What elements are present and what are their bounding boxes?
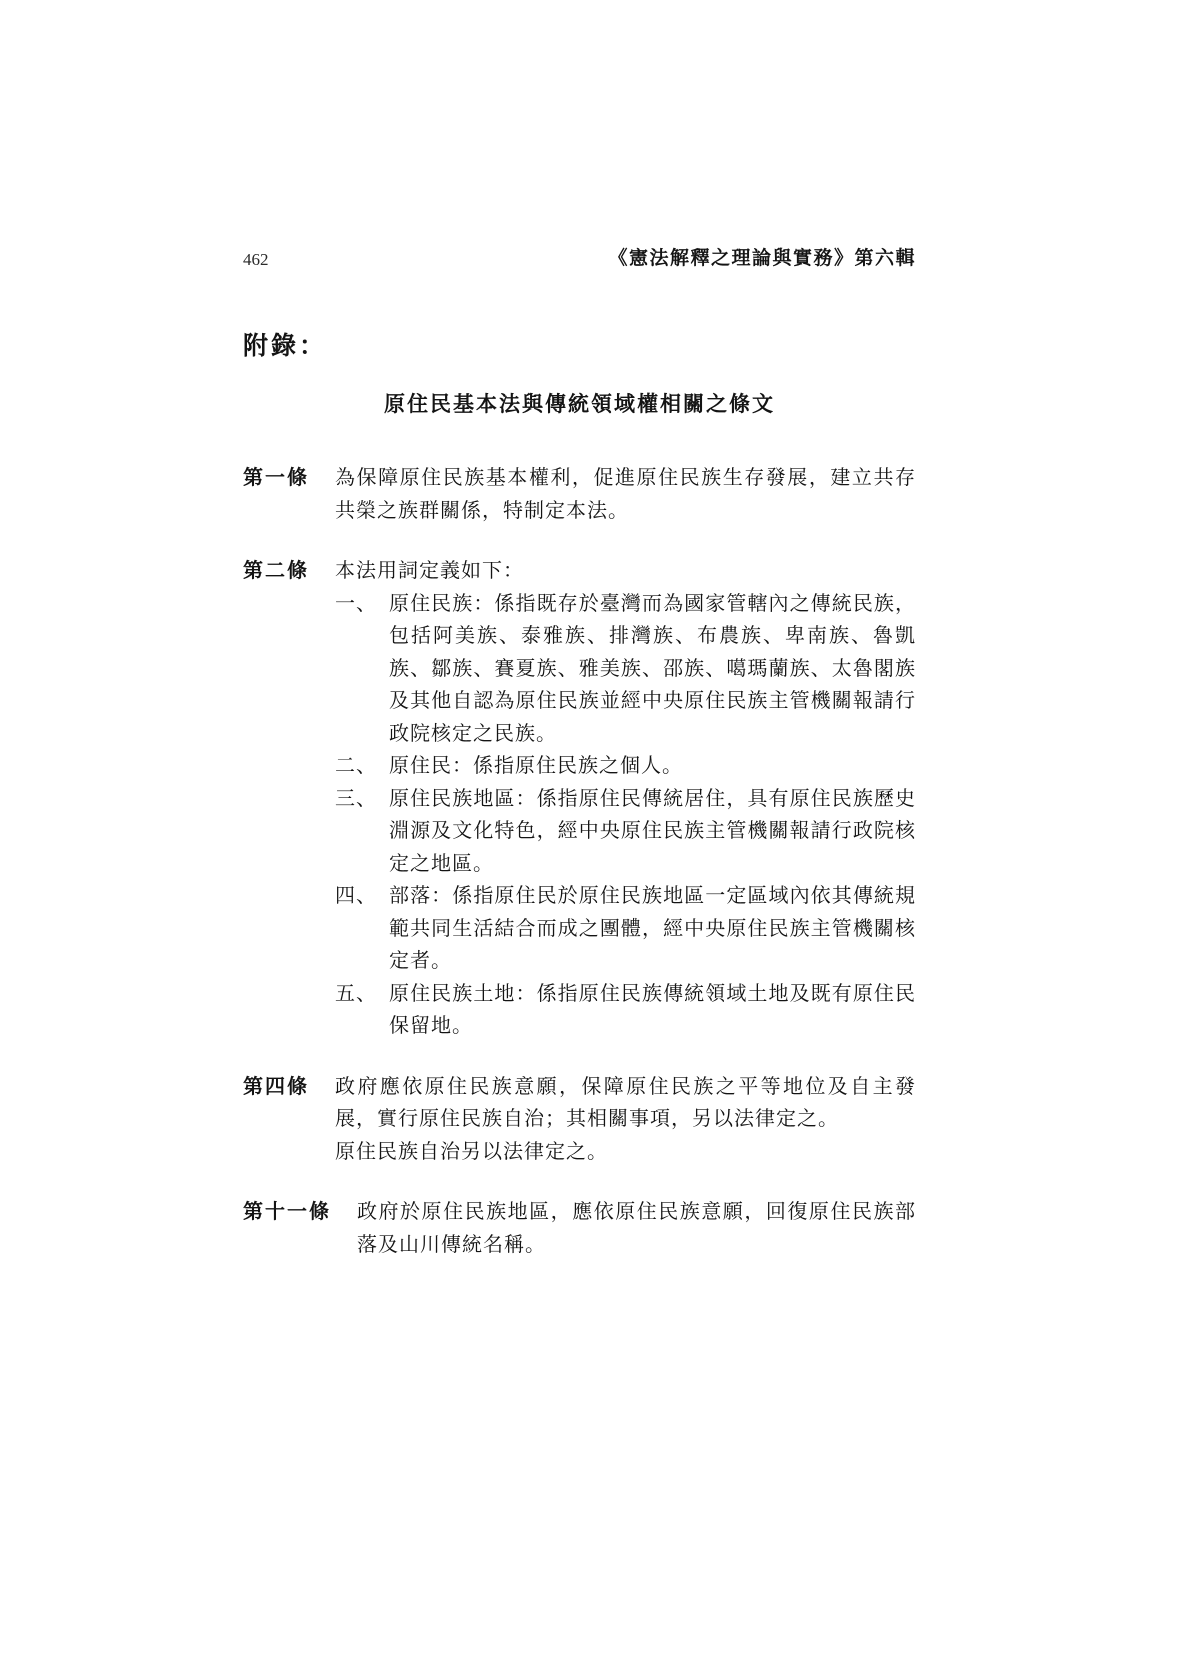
definition-item-4: 四、 部落：係指原住民於原住民族地區一定區域內依其傳統規範共同生活結合而成之團體… [335,880,916,978]
definition-item-3-text: 原住民族地區：係指原住民傳統居住，具有原住民族歷史淵源及文化特色，經中央原住民族… [389,783,916,881]
definition-item-2: 二、 原住民：係指原住民族之個人。 [335,750,916,783]
definition-item-5-text: 原住民族土地：係指原住民族傳統領域土地及既有原住民保留地。 [389,978,916,1043]
definition-item-2-number: 二、 [335,750,389,783]
definition-item-1-number: 一、 [335,588,389,751]
definition-item-5: 五、 原住民族土地：係指原住民族傳統領域土地及既有原住民保留地。 [335,978,916,1043]
article-4: 第四條 政府應依原住民族意願，保障原住民族之平等地位及自主發展，實行原住民族自治… [243,1071,916,1169]
definition-item-3-number: 三、 [335,783,389,881]
article-1-label: 第一條 [243,462,309,527]
document-title: 原住民基本法與傳統領域權相關之條文 [243,388,916,418]
article-4-paragraph-2: 原住民族自治另以法律定之。 [335,1136,916,1169]
article-2-label: 第二條 [243,555,309,1043]
article-4-paragraph-1: 政府應依原住民族意願，保障原住民族之平等地位及自主發展，實行原住民族自治；其相關… [335,1071,916,1136]
definition-item-1-text: 原住民族：係指既存於臺灣而為國家管轄內之傳統民族，包括阿美族、泰雅族、排灣族、布… [389,588,916,751]
article-2-body: 本法用詞定義如下： 一、 原住民族：係指既存於臺灣而為國家管轄內之傳統民族，包括… [335,555,916,1043]
running-header: 462 《憲法解釋之理論與實務》第六輯 [243,243,916,270]
definition-item-5-number: 五、 [335,978,389,1043]
article-4-label: 第四條 [243,1071,309,1169]
appendix-label: 附錄： [243,326,916,362]
running-header-book-title: 《憲法解釋之理論與實務》第六輯 [608,243,916,270]
article-4-body: 政府應依原住民族意願，保障原住民族之平等地位及自主發展，實行原住民族自治；其相關… [335,1071,916,1169]
definition-item-1: 一、 原住民族：係指既存於臺灣而為國家管轄內之傳統民族，包括阿美族、泰雅族、排灣… [335,588,916,751]
article-11-label: 第十一條 [243,1196,331,1261]
article-1-paragraph: 為保障原住民族基本權利，促進原住民族生存發展，建立共存共榮之族群關係，特制定本法… [335,462,916,527]
document-page: 462 《憲法解釋之理論與實務》第六輯 附錄： 原住民基本法與傳統領域權相關之條… [243,243,916,1261]
article-1-body: 為保障原住民族基本權利，促進原住民族生存發展，建立共存共榮之族群關係，特制定本法… [335,462,916,527]
definition-item-4-text: 部落：係指原住民於原住民族地區一定區域內依其傳統規範共同生活結合而成之團體，經中… [389,880,916,978]
page-number: 462 [243,250,269,270]
definition-item-2-text: 原住民：係指原住民族之個人。 [389,750,916,783]
article-2-intro: 本法用詞定義如下： [335,555,916,588]
article-11-body: 政府於原住民族地區，應依原住民族意願，回復原住民族部落及山川傳統名稱。 [357,1196,916,1261]
definition-item-4-number: 四、 [335,880,389,978]
article-1: 第一條 為保障原住民族基本權利，促進原住民族生存發展，建立共存共榮之族群關係，特… [243,462,916,527]
article-2: 第二條 本法用詞定義如下： 一、 原住民族：係指既存於臺灣而為國家管轄內之傳統民… [243,555,916,1043]
article-11: 第十一條 政府於原住民族地區，應依原住民族意願，回復原住民族部落及山川傳統名稱。 [243,1196,916,1261]
article-11-paragraph: 政府於原住民族地區，應依原住民族意願，回復原住民族部落及山川傳統名稱。 [357,1196,916,1261]
definition-item-3: 三、 原住民族地區：係指原住民傳統居住，具有原住民族歷史淵源及文化特色，經中央原… [335,783,916,881]
